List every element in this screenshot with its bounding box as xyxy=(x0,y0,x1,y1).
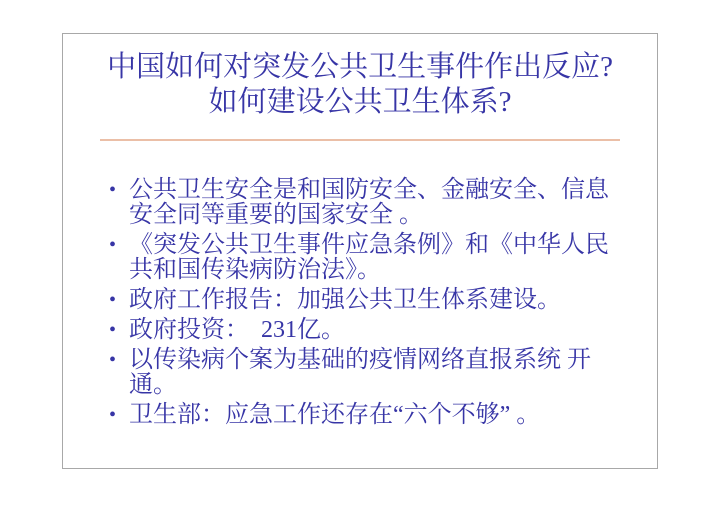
page-background: 中国如何对突发公共卫生事件作出反应? 如何建设公共卫生体系? • 公共卫生安全是… xyxy=(0,0,720,509)
list-item: • 《突发公共卫生事件应急条例》和《中华人民共和国传染病防治法》。 xyxy=(109,233,631,283)
presentation-slide: 中国如何对突发公共卫生事件作出反应? 如何建设公共卫生体系? • 公共卫生安全是… xyxy=(62,33,658,469)
bullet-icon: • xyxy=(109,233,129,258)
bullet-list: • 公共卫生安全是和国防安全、金融安全、信息安全同等重要的国家安全 。 • 《突… xyxy=(63,178,657,428)
slide-title-line-2: 如何建设公共卫生体系? xyxy=(63,85,657,120)
list-item: • 政府工作报告：加强公共卫生体系建设。 xyxy=(109,288,631,313)
list-item: • 以传染病个案为基础的疫情网络直报系统 开通。 xyxy=(109,348,631,398)
title-divider xyxy=(100,139,620,141)
slide-title: 中国如何对突发公共卫生事件作出反应? 如何建设公共卫生体系? xyxy=(63,50,657,120)
bullet-icon: • xyxy=(109,348,129,373)
bullet-text: 以传染病个案为基础的疫情网络直报系统 开通。 xyxy=(129,348,613,398)
bullet-icon: • xyxy=(109,178,129,203)
list-item: • 政府投资： 231亿。 xyxy=(109,318,631,343)
slide-title-line-1: 中国如何对突发公共卫生事件作出反应? xyxy=(63,50,657,85)
bullet-text: 卫生部：应急工作还存在“六个不够” 。 xyxy=(129,403,613,428)
bullet-icon: • xyxy=(109,403,129,428)
bullet-icon: • xyxy=(109,288,129,313)
bullet-text: 公共卫生安全是和国防安全、金融安全、信息安全同等重要的国家安全 。 xyxy=(129,178,613,228)
bullet-text: 《突发公共卫生事件应急条例》和《中华人民共和国传染病防治法》。 xyxy=(129,233,613,283)
list-item: • 卫生部：应急工作还存在“六个不够” 。 xyxy=(109,403,631,428)
list-item: • 公共卫生安全是和国防安全、金融安全、信息安全同等重要的国家安全 。 xyxy=(109,178,631,228)
bullet-text: 政府投资： 231亿。 xyxy=(129,318,613,343)
bullet-text: 政府工作报告：加强公共卫生体系建设。 xyxy=(129,288,613,313)
bullet-icon: • xyxy=(109,318,129,343)
